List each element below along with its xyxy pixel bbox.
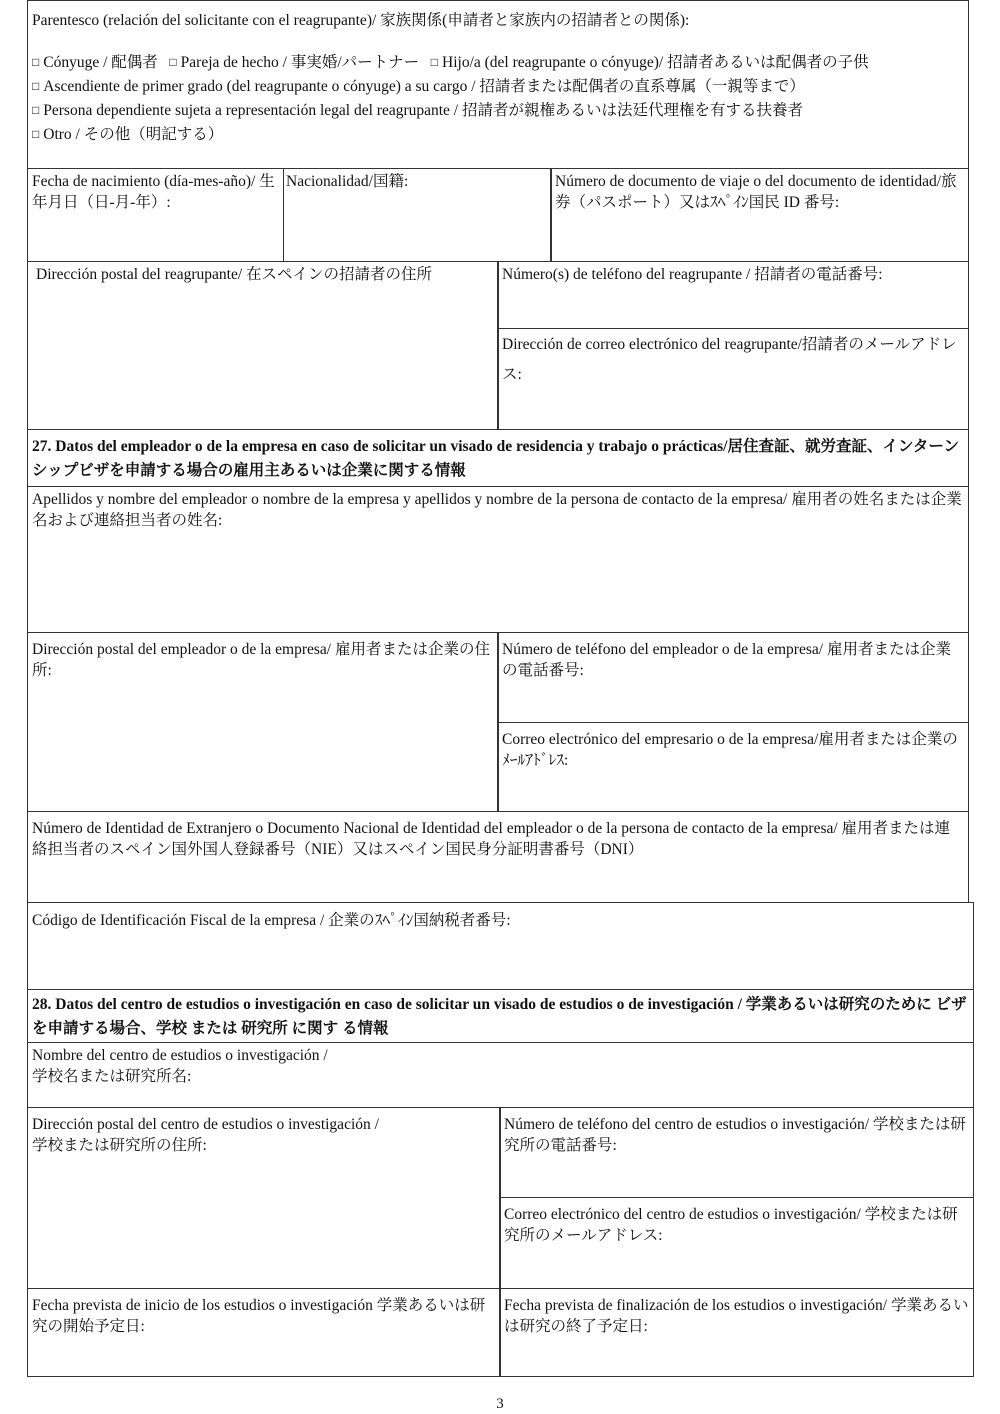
sponsor-phone-field[interactable]: Número(s) de teléfono del reagrupante / … [497, 261, 969, 329]
checkbox-icon[interactable]: □ [32, 79, 39, 93]
option-spouse[interactable]: □Cónyuge / 配偶者 [32, 54, 158, 71]
end-date-label: Fecha prevista de finalización de los es… [504, 1291, 969, 1337]
school-phone-label: Número de teléfono del centro de estudio… [504, 1110, 969, 1156]
checkbox-icon[interactable]: □ [32, 127, 39, 141]
option-other[interactable]: □Otro / その他（明記する） [32, 123, 964, 147]
school-name-field[interactable]: Nombre del centro de estudios o investig… [27, 1042, 974, 1108]
option-dependent[interactable]: □Persona dependiente sujeta a representa… [32, 99, 964, 123]
school-address-field[interactable]: Dirección postal del centro de estudios … [27, 1107, 501, 1289]
checkbox-icon[interactable]: □ [32, 103, 39, 117]
tax-id-field[interactable]: Código de Identificación Fiscal de la em… [27, 902, 974, 990]
employer-name-label: Apellidos y nombre del empleador o nombr… [32, 489, 964, 531]
section-27-title: 27. Datos del empleador o de la empresa … [32, 435, 964, 483]
school-name-label-ja: 学校名または研究所名: [32, 1066, 969, 1087]
employer-phone-field[interactable]: Número de teléfono del empleador o de la… [497, 632, 969, 723]
sponsor-address-label: Dirección postal del reagrupante/ 在スペインの… [32, 264, 494, 285]
relationship-section: Parentesco (relación del solicitante con… [27, 0, 969, 169]
employer-id-field[interactable]: Número de Identidad de Extranjero o Docu… [27, 811, 969, 903]
employer-name-field[interactable]: Apellidos y nombre del empleador o nombr… [27, 486, 969, 633]
end-date-field[interactable]: Fecha prevista de finalización de los es… [499, 1288, 974, 1377]
checkbox-icon[interactable]: □ [32, 55, 39, 69]
option-partner[interactable]: □Pareja de hecho / 事実婚/パートナー [169, 54, 419, 71]
sponsor-email-label: Dirección de correo electrónico del reag… [502, 330, 964, 390]
school-address-label-ja: 学校または研究所の住所: [32, 1135, 496, 1156]
start-date-label: Fecha prevista de inicio de los estudios… [32, 1291, 496, 1337]
school-address-label-es: Dirección postal del centro de estudios … [32, 1110, 496, 1135]
tax-id-label: Código de Identificación Fiscal de la em… [32, 906, 969, 931]
nationality-label: Nacionalidad/国籍: [286, 171, 547, 192]
school-email-label: Correo electrónico del centro de estudio… [504, 1200, 969, 1246]
employer-email-label: Correo electrónico del empresario o de l… [502, 725, 964, 771]
sponsor-address-field[interactable]: Dirección postal del reagrupante/ 在スペインの… [27, 261, 499, 430]
option-child[interactable]: □Hijo/a (del reagrupante o cónyuge)/ 招請者… [431, 54, 869, 71]
document-number-field[interactable]: Número de documento de viaje o del docum… [550, 168, 969, 262]
school-phone-field[interactable]: Número de teléfono del centro de estudio… [499, 1107, 974, 1198]
school-name-label-es: Nombre del centro de estudios o investig… [32, 1045, 969, 1066]
employer-phone-label: Número de teléfono del empleador o de la… [502, 635, 964, 681]
page-number: 3 [0, 1396, 1000, 1413]
sponsor-phone-label: Número(s) de teléfono del reagrupante / … [502, 264, 964, 285]
checkbox-icon[interactable]: □ [169, 55, 176, 69]
start-date-field[interactable]: Fecha prevista de inicio de los estudios… [27, 1288, 501, 1377]
employer-address-label: Dirección postal del empleador o de la e… [32, 635, 494, 681]
section-27-heading: 27. Datos del empleador o de la empresa … [27, 429, 969, 487]
document-number-label: Número de documento de viaje o del docum… [555, 171, 964, 213]
section-28-title: 28. Datos del centro de estudios o inves… [32, 993, 969, 1041]
option-ascendant[interactable]: □Ascendiente de primer grado (del reagru… [32, 75, 964, 99]
section-28-heading: 28. Datos del centro de estudios o inves… [27, 989, 974, 1043]
checkbox-icon[interactable]: □ [431, 55, 438, 69]
employer-email-field[interactable]: Correo electrónico del empresario o de l… [497, 722, 969, 812]
employer-address-field[interactable]: Dirección postal del empleador o de la e… [27, 632, 499, 812]
birth-date-field[interactable]: Fecha de nacimiento (día-mes-año)/ 生年月日（… [27, 168, 284, 262]
sponsor-email-field[interactable]: Dirección de correo electrónico del reag… [497, 328, 969, 430]
birth-date-label: Fecha de nacimiento (día-mes-año)/ 生年月日（… [32, 171, 279, 213]
nationality-field[interactable]: Nacionalidad/国籍: [282, 168, 552, 262]
school-email-field[interactable]: Correo electrónico del centro de estudio… [499, 1197, 974, 1289]
relationship-label: Parentesco (relación del solicitante con… [32, 10, 964, 31]
employer-id-label: Número de Identidad de Extranjero o Docu… [32, 814, 964, 860]
